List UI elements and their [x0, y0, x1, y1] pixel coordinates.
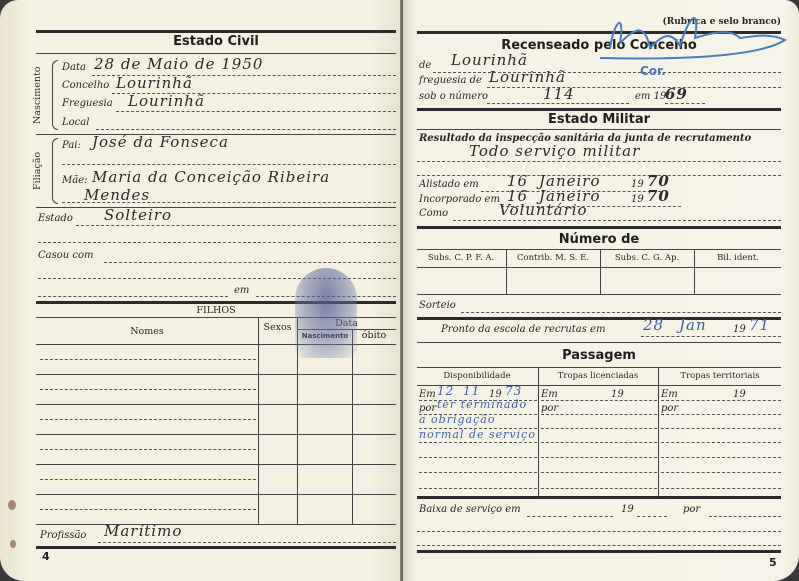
como-field[interactable]: Voluntário — [499, 201, 588, 219]
estado-field[interactable]: Solteiro — [104, 206, 172, 224]
passagem-field[interactable] — [419, 488, 537, 489]
recenseado-em-label: em 19 — [635, 91, 666, 102]
stain — [10, 540, 16, 548]
col-disponibilidade: Disponibilidade — [417, 371, 537, 381]
concelho-field[interactable]: Lourinhã — [116, 74, 193, 92]
table-row[interactable] — [36, 462, 396, 492]
brace — [52, 138, 58, 204]
mae-field[interactable]: Maria da Conceição Ribeira — [92, 168, 330, 186]
table-row[interactable] — [36, 402, 396, 432]
numero-de-cell[interactable] — [417, 268, 506, 294]
data-label: Data — [62, 62, 86, 73]
passagem-field[interactable] — [541, 472, 657, 473]
data-field[interactable]: 28 de Maio de 1950 — [94, 55, 263, 73]
pronto-year-field[interactable]: 71 — [749, 316, 770, 334]
baixa-day-field[interactable] — [527, 516, 567, 517]
mae-label: Mãe: — [62, 175, 88, 186]
disp-em-label: Em — [419, 389, 436, 400]
alistado-label: Alistado em — [419, 179, 479, 190]
numero-label: sob o número — [419, 91, 488, 102]
sorteio-label: Sorteio — [419, 300, 456, 311]
right-page: (Rubrica e selo branco) Recenseado pelo … — [403, 0, 799, 581]
recenseado-freguesia-field[interactable]: Lourinhã — [489, 68, 566, 86]
col-tropas-licenciadas: Tropas licenciadas — [539, 371, 657, 381]
stain — [8, 500, 16, 510]
col-subs-cpfa: Subs. C. P. F. A. — [417, 253, 505, 263]
signature — [590, 8, 790, 68]
passagem-field[interactable] — [661, 472, 781, 473]
col-bil-ident: Bil. ident. — [695, 253, 781, 263]
passagem-title: Passagem — [417, 348, 781, 363]
passagem-field[interactable] — [541, 457, 657, 458]
col-obito: óbito — [352, 330, 396, 341]
table-row[interactable] — [36, 432, 396, 462]
col-sexos: Sexos — [258, 322, 297, 333]
em-label: em — [234, 285, 249, 296]
numero-de-title: Número de — [417, 232, 781, 247]
passagem-field[interactable] — [661, 488, 781, 489]
freguesia-de-label: freguesia de — [419, 75, 482, 86]
terr-em-label: Em — [661, 389, 678, 400]
pronto-year-prefix: 19 — [733, 324, 746, 335]
pai-label: Pai: — [62, 140, 81, 151]
disp-month-field[interactable]: 11 — [463, 384, 480, 398]
table-row[interactable] — [36, 492, 396, 522]
baixa-por-label: por — [683, 504, 700, 515]
incorporado-label: Incorporado em — [419, 194, 500, 205]
passagem-field[interactable] — [661, 414, 781, 415]
nascimento-group-label: Nascimento — [32, 67, 43, 125]
concelho-label: Concelho — [62, 80, 109, 91]
estado-militar-title: Estado Militar — [417, 112, 781, 127]
filiacao-group-label: Filiação — [32, 152, 43, 190]
freguesia-field[interactable]: Lourinhã — [128, 92, 205, 110]
disp-year-field[interactable]: 73 — [505, 384, 522, 398]
estado-civil-title: Estado Civil — [36, 34, 396, 49]
rule — [36, 53, 396, 54]
como-label: Como — [419, 208, 448, 219]
lic-year-prefix: 19 — [611, 389, 624, 400]
stamp-text: Cor. — [640, 64, 666, 78]
pronto-month-field[interactable]: Jan — [679, 316, 707, 334]
recenseado-ano-field[interactable]: 69 — [665, 85, 688, 103]
terr-year-prefix: 19 — [733, 389, 746, 400]
casou-com-label: Casou com — [38, 250, 94, 261]
table-row[interactable] — [36, 372, 396, 402]
pai-field[interactable]: José da Fonseca — [92, 133, 229, 151]
recenseado-numero-field[interactable]: 114 — [543, 85, 575, 103]
passagem-field[interactable] — [541, 488, 657, 489]
lic-em-label: Em — [541, 389, 558, 400]
baixa-year-field[interactable] — [637, 516, 667, 517]
pronto-day-field[interactable]: 28 — [643, 316, 664, 334]
local-field[interactable] — [96, 129, 396, 130]
col-nomes: Nomes — [36, 326, 258, 337]
estado-label: Estado — [38, 213, 73, 224]
left-page: Estado Civil Nascimento Data 28 de Maio … — [0, 0, 402, 581]
profissao-field[interactable]: Marítimo — [104, 522, 182, 540]
profissao-label: Profissão — [40, 530, 86, 541]
thumbprint — [295, 268, 357, 358]
passagem-field[interactable] — [541, 414, 657, 415]
passagem-field[interactable] — [541, 400, 657, 401]
passagem-field[interactable] — [661, 457, 781, 458]
sorteio-field[interactable] — [461, 312, 781, 313]
page-number: 5 — [769, 556, 777, 569]
lic-por-label: por — [541, 403, 558, 414]
pronto-label: Pronto da escola de recrutas em — [441, 324, 605, 335]
passagem-field[interactable] — [419, 472, 537, 473]
disp-por-field-line3[interactable]: normal de serviço — [419, 428, 536, 441]
col-tropas-territoriais: Tropas territoriais — [659, 371, 781, 381]
passagem-field[interactable] — [541, 442, 657, 443]
disp-day-field[interactable]: 12 — [437, 384, 454, 398]
terr-por-label: por — [661, 403, 678, 414]
rule — [36, 30, 396, 33]
recenseado-de-field[interactable]: Lourinhã — [451, 51, 528, 69]
passagem-field[interactable] — [661, 442, 781, 443]
local-label: Local — [62, 117, 89, 128]
baixa-month-field[interactable] — [573, 516, 613, 517]
baixa-year-prefix: 19 — [621, 504, 634, 515]
page-number: 4 — [42, 550, 50, 563]
numero-de-cell[interactable] — [507, 268, 600, 294]
incorporado-year-field[interactable]: 70 — [647, 187, 670, 205]
baixa-por-field[interactable] — [709, 516, 781, 517]
de-label: de — [419, 60, 431, 71]
numero-de-cell[interactable] — [695, 268, 781, 294]
numero-de-cell[interactable] — [601, 268, 694, 294]
freguesia-label: Freguesia — [62, 98, 113, 109]
resultado-field[interactable]: Todo serviço militar — [469, 142, 640, 160]
col-subs-cgap: Subs. C. G. Ap. — [601, 253, 693, 263]
col-contrib-mse: Contrib. M. S. E. — [507, 253, 599, 263]
baixa-label: Baixa de serviço em — [419, 504, 521, 515]
passagem-field[interactable] — [661, 400, 781, 401]
passagem-field[interactable] — [661, 428, 781, 429]
brace — [52, 60, 58, 130]
incorporado-year-prefix: 19 — [631, 194, 644, 205]
alistado-year-prefix: 19 — [631, 179, 644, 190]
passagem-field[interactable] — [419, 457, 537, 458]
casou-com-field[interactable] — [104, 262, 396, 263]
passagem-field[interactable] — [541, 428, 657, 429]
